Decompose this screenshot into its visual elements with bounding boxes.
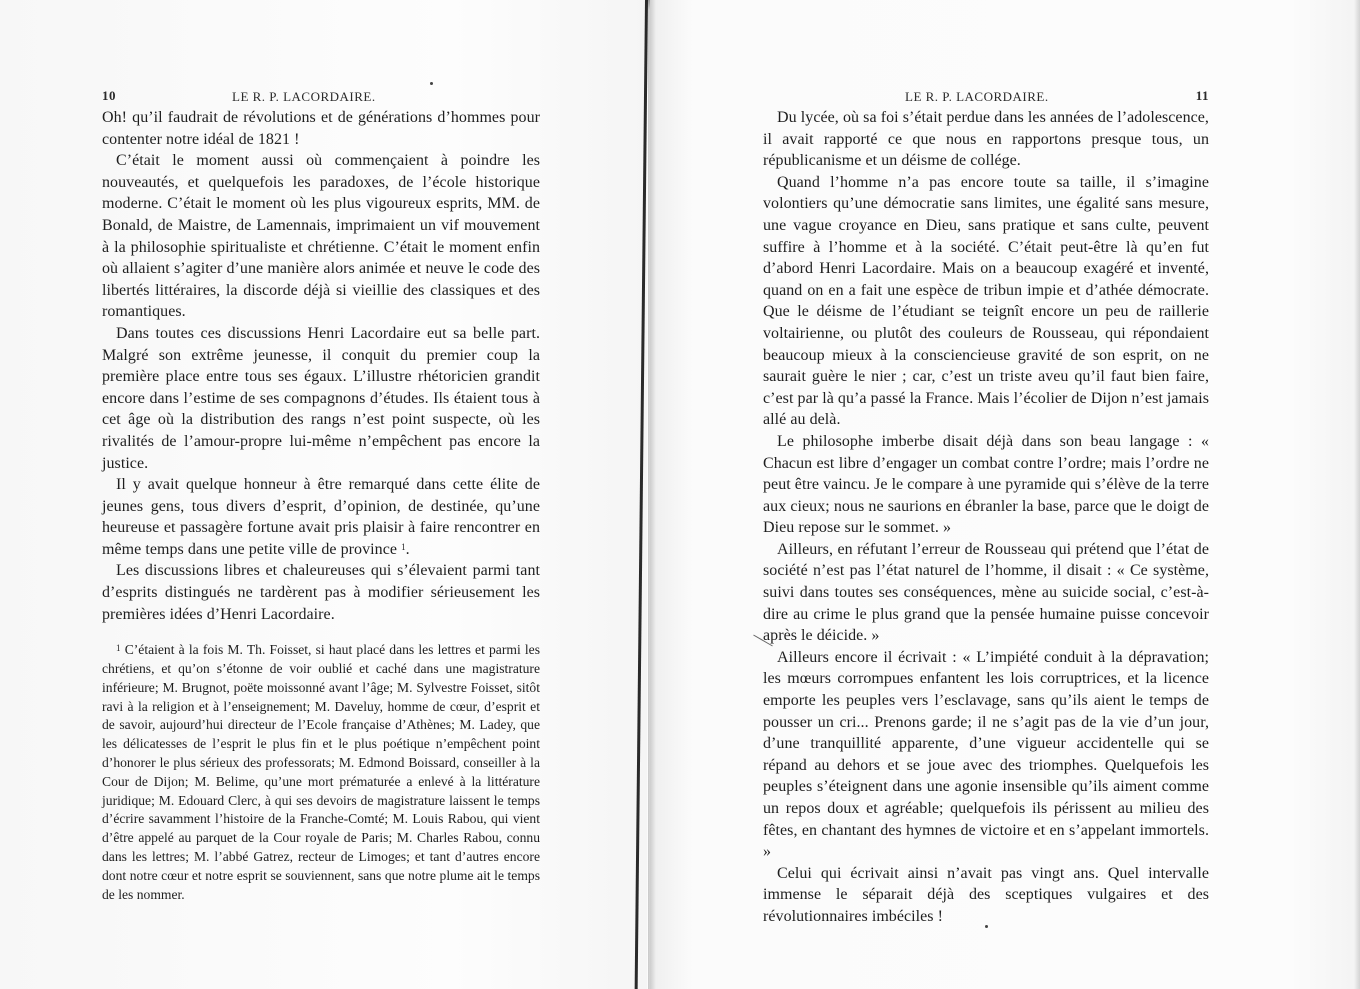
paragraph: Oh! qu’il faudrait de révolutions et de …	[102, 107, 540, 150]
running-head-title: LE R. P. LACORDAIRE.	[763, 89, 1149, 105]
right-page-text-column: LE R. P. LACORDAIRE. 11 Du lycée, où sa …	[763, 86, 1209, 928]
paragraph: Ailleurs, en réfutant l’erreur de Rousse…	[763, 539, 1209, 647]
paragraph: C’était le moment aussi où commençaient …	[102, 150, 540, 323]
footnote-reference: 1	[401, 542, 406, 552]
page-edge-shadow	[1354, 0, 1360, 989]
paragraph: Celui qui écrivait ainsi n’avait pas vin…	[763, 863, 1209, 928]
left-page-text-column: 10 LE R. P. LACORDAIRE. Oh! qu’il faudra…	[102, 86, 540, 904]
paragraph-text: Il y avait quelque honneur à être remarq…	[102, 476, 540, 558]
footnote-text: C’étaient à la fois M. Th. Foisset, si h…	[102, 642, 540, 901]
running-head-title: LE R. P. LACORDAIRE.	[102, 89, 540, 105]
footnote-marker: 1	[116, 643, 121, 653]
paragraph: Le philosophe imberbe disait déjà dans s…	[763, 431, 1209, 539]
right-running-head: LE R. P. LACORDAIRE. 11	[763, 86, 1209, 106]
gutter-shadow	[648, 0, 656, 989]
page-number: 11	[1196, 88, 1209, 104]
paragraph: Dans toutes ces discussions Henri Lacord…	[102, 323, 540, 474]
footnote: 1 C’étaient à la fois M. Th. Foisset, si…	[102, 641, 540, 904]
paragraph: Quand l’homme n’a pas encore toute sa ta…	[763, 172, 1209, 431]
paragraph: Ailleurs encore il écrivait : « L’impiét…	[763, 647, 1209, 863]
paragraph: Les discussions libres et chaleureuses q…	[102, 560, 540, 625]
paragraph-with-note-ref: Il y avait quelque honneur à être remarq…	[102, 474, 540, 560]
left-running-head: 10 LE R. P. LACORDAIRE.	[102, 86, 540, 106]
ink-speck	[430, 82, 433, 85]
paragraph: Du lycée, où sa foi s’était perdue dans …	[763, 107, 1209, 172]
ink-speck	[985, 925, 988, 928]
